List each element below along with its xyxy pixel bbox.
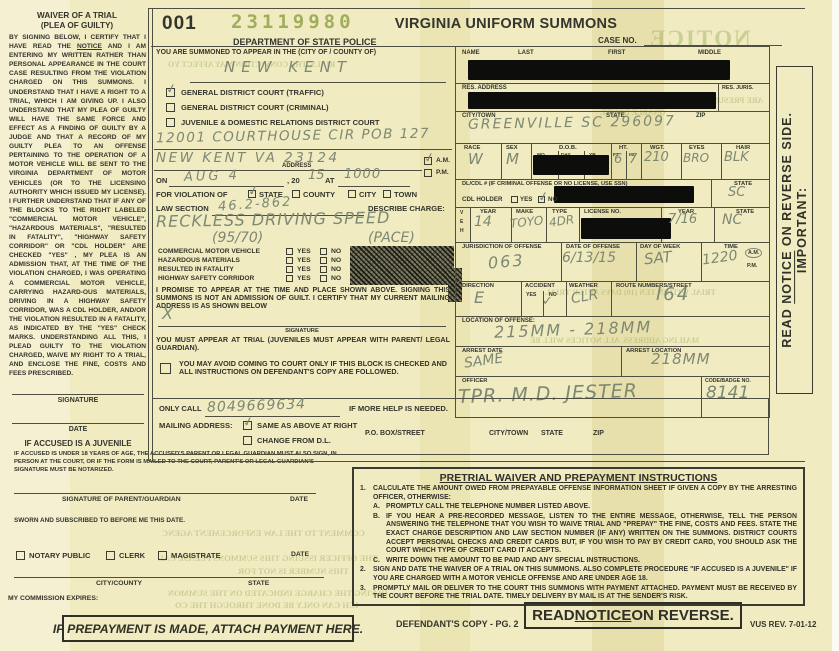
- summons-number-stamp: 23119980: [231, 11, 355, 33]
- pretrial-item-number: A.: [373, 503, 386, 512]
- pretrial-item-text: CALCULATE THE AMOUNT OWED FROM PREPAYABL…: [373, 485, 797, 502]
- flag-fatality-label: RESULTED IN FATALITY: [158, 266, 234, 273]
- reg-state-handwriting: NC: [722, 212, 742, 228]
- date-of-offense-handwriting: 6/13/15: [562, 250, 616, 266]
- flag-cmv-no-checkbox: [320, 248, 327, 255]
- height-ft-handwriting: 6: [614, 152, 622, 167]
- prepayment-banner: IF PREPAYMENT IS MADE, ATTACH PAYMENT HE…: [62, 615, 354, 642]
- ht-label: HT.: [619, 145, 628, 151]
- eyes-handwriting: BRO: [683, 151, 709, 165]
- flag-corridor-label: HIGHWAY SAFETY CORRIDOR: [158, 275, 254, 282]
- grid-line: [611, 143, 612, 179]
- waiver-body: BY SIGNING BELOW, I CERTIFY THAT I HAVE …: [9, 33, 146, 379]
- charge-handwriting-2: (95/70): [212, 230, 263, 246]
- grid-line: [626, 151, 627, 179]
- flag-fatality-yes-label: YES: [297, 266, 311, 273]
- pretrial-item-number: 2.: [360, 566, 373, 583]
- date-line: [12, 423, 144, 424]
- mail-state-label: STATE: [541, 430, 563, 437]
- grid-line: [621, 346, 622, 376]
- side-banner-important: IMPORTANT:: [795, 187, 809, 273]
- flag-hazmat-no-checkbox: [320, 257, 327, 264]
- more-help-label: IF MORE HELP IS NEEDED.: [349, 404, 448, 413]
- signature-line: [12, 394, 144, 395]
- court-name-handwriting: NEW KENT: [224, 58, 352, 76]
- flag-cmv-yes-label: YES: [297, 248, 311, 255]
- magistrate-checkbox: [158, 551, 167, 560]
- defendant-panel: NAME LAST FIRST MIDDLE RES. ADDRESS RES.…: [455, 46, 770, 418]
- court-address-handwriting-2: NEW KENT VA 23124: [156, 150, 340, 166]
- violation-city-label: CITY: [359, 190, 376, 199]
- grid-line: [718, 83, 719, 111]
- mail-city-label: CITY/TOWN: [489, 430, 528, 437]
- mail-zip-label: ZIP: [593, 430, 604, 437]
- redaction-license: [581, 218, 671, 239]
- flag-cmv-label: COMMERCIAL MOTOR VEHICLE: [158, 248, 260, 255]
- grid-line: [501, 143, 502, 179]
- appear-date-line: [169, 186, 284, 187]
- flag-hazmat-yes-label: YES: [297, 257, 311, 264]
- pretrial-item: B. IF YOU HEAR A PRE-RECORDED MESSAGE, L…: [373, 513, 797, 556]
- flag-cmv-no-label: NO: [331, 248, 341, 255]
- grid-line: [681, 143, 682, 179]
- name-label: NAME: [462, 50, 480, 56]
- sex-handwriting: M: [506, 150, 519, 168]
- clerk-label: CLERK: [119, 551, 145, 560]
- doc-number: 001: [162, 13, 197, 35]
- sworn-text: SWORN AND SUBSCRIBED TO BEFORE ME THIS D…: [14, 517, 185, 524]
- jurisdiction-label: JURISDICTION OF OFFENSE: [462, 244, 542, 250]
- grid-line: [521, 281, 522, 316]
- date-label: DATE: [12, 426, 144, 433]
- flag-hazmat-no-label: NO: [331, 257, 341, 264]
- court-name-line: [190, 82, 446, 83]
- pretrial-item: 3. PROMPTLY MAIL OR DELIVER TO THE COURT…: [360, 585, 797, 602]
- veh-label-h: H: [460, 228, 464, 234]
- violation-label: FOR VIOLATION OF: [156, 190, 228, 199]
- pretrial-item: 2. SIGN AND DATE THE WAIVER OF A TRIAL O…: [360, 566, 797, 583]
- violation-town-checkbox: [383, 190, 391, 198]
- flag-hazmat-label: HAZARDOUS MATERIALS: [158, 257, 240, 264]
- direction-handwriting: E: [474, 288, 484, 307]
- pretrial-item-number: C.: [373, 557, 386, 566]
- magistrate-label: MAGISTRATE: [171, 551, 221, 560]
- court-criminal-label: GENERAL DISTRICT COURT (CRIMINAL): [181, 103, 329, 112]
- height-in-handwriting: 7: [629, 152, 637, 167]
- on-label: ON: [156, 176, 167, 185]
- pretrial-item-number: 1.: [360, 485, 373, 502]
- court-juvenile-checkbox: [166, 118, 175, 127]
- weather-handwriting: CLR: [570, 287, 600, 307]
- waiver-body-post: AND I AM ENTERING MY WRITTEN RATHER THAN…: [9, 43, 146, 377]
- summoned-label: YOU ARE SUMMONED TO APPEAR IN THE (CITY …: [156, 49, 376, 56]
- read-notice-word: NOTICE: [575, 607, 632, 624]
- redaction-dob: [533, 155, 609, 175]
- same-as-above-checkbox: [243, 421, 252, 430]
- year-prefix-label: , 20: [287, 176, 300, 185]
- section-divider: [150, 461, 805, 462]
- city-handwriting: GREENVILLE SC 296097: [468, 113, 676, 133]
- flag-fatality-yes-checkbox: [286, 266, 293, 273]
- accident-label: ACCIDENT: [525, 283, 555, 289]
- violation-town-label: TOWN: [394, 190, 417, 199]
- prepayment-banner-text: IF PREPAYMENT IS MADE, ATTACH PAYMENT HE…: [53, 622, 363, 636]
- veh-year-handwriting: 14: [474, 214, 492, 230]
- scan-edge: [832, 0, 839, 651]
- veh-label-v: V: [460, 210, 463, 216]
- grid-line: [456, 376, 769, 377]
- city-county-line: [14, 577, 324, 578]
- pretrial-item: C. WRITE DOWN THE AMOUNT TO BE PAID AND …: [373, 557, 797, 566]
- dl-state-handwriting: SC: [728, 185, 745, 200]
- grid-line: [711, 179, 712, 207]
- address-label: ADDRESS: [282, 163, 311, 169]
- pm-checkbox: [424, 169, 432, 177]
- cdl-yes-checkbox: [511, 196, 518, 203]
- accident-yes-label: YES: [526, 292, 536, 298]
- court-criminal-checkbox: [166, 103, 175, 112]
- commission-label: MY COMMISSION EXPIRES:: [8, 595, 98, 602]
- juvenile-title: IF ACCUSED IS A JUVENILE: [8, 439, 148, 448]
- res-juris-label: RES. JURIS.: [722, 85, 753, 91]
- parent-date-label: DATE: [290, 496, 308, 503]
- read-notice-box: READ NOTICE ON REVERSE.: [524, 602, 742, 629]
- charge-handwriting-1: RECKLESS DRIVING SPEED: [156, 208, 391, 231]
- phone-line: [205, 416, 340, 417]
- grid-line: [456, 143, 769, 144]
- avoid-court-checkbox: [160, 363, 171, 374]
- side-banner-notice-word: NOTICE: [780, 251, 794, 304]
- flag-corridor-no-checkbox: [320, 275, 327, 282]
- make-handwriting: TOYO: [509, 213, 544, 230]
- at-label: AT: [325, 176, 335, 185]
- copy-label: DEFENDANT'S COPY - PG. 2: [396, 619, 519, 629]
- flag-fatality-no-checkbox: [320, 266, 327, 273]
- clerk-checkbox: [106, 551, 115, 560]
- pretrial-item-text: SIGN AND DATE THE WAIVER OF A TRIAL ON T…: [373, 566, 797, 583]
- defendant-signature-line: [158, 326, 446, 327]
- grid-line: [721, 143, 722, 179]
- avoid-court-text: YOU MAY AVOID COMING TO COURT ONLY IF TH…: [179, 360, 447, 376]
- grid-line: [456, 316, 769, 317]
- last-label: LAST: [518, 50, 534, 56]
- appear-year-handwriting: 15: [308, 168, 325, 183]
- pretrial-item-number: B.: [373, 513, 386, 556]
- city-county-label: CITY/COUNTY: [96, 580, 142, 587]
- form-top-border: [148, 8, 805, 9]
- jurisdiction-handwriting: 063: [487, 250, 525, 272]
- cdl-yes-label: YES: [520, 196, 532, 203]
- pretrial-item-number: 3.: [360, 585, 373, 602]
- license-no-label: LICENSE NO.: [584, 209, 621, 215]
- court-traffic-checkbox: [166, 88, 175, 97]
- side-banner: IMPORTANT: READ NOTICE ON REVERSE SIDE.: [776, 66, 813, 394]
- hair-handwriting: BLK: [724, 150, 749, 165]
- grid-line: [611, 281, 612, 316]
- zip-label: ZIP: [696, 113, 705, 119]
- time-pm-label: P.M.: [747, 263, 757, 269]
- mailing-strip: ONLY CALL 8049669634 IF MORE HELP IS NEE…: [152, 398, 769, 455]
- cdl-holder-label: CDL HOLDER: [462, 196, 502, 203]
- bleedthrough-text: ICH CAN ONLY BE DONE THROUGH THE CO: [175, 600, 359, 610]
- flag-cmv-yes-checkbox: [286, 248, 293, 255]
- veh-label-e: E: [460, 219, 463, 225]
- flag-corridor-yes-label: YES: [297, 275, 311, 282]
- summons-document: NOTICE RIALS, THE CONVICTION MAY AFFECT …: [0, 0, 839, 651]
- court-appearance-section: YOU ARE SUMMONED TO APPEAR IN THE (CITY …: [152, 46, 455, 398]
- mailing-address-label: MAILING ADDRESS:: [159, 421, 233, 430]
- grid-line: [641, 143, 642, 179]
- bleedthrough-text: COMMENT TO THE LAW ENFORCEMENT AGENC: [162, 528, 365, 538]
- grid-line: [456, 281, 769, 282]
- grid-line: [456, 242, 769, 243]
- notary-checkbox: [16, 551, 25, 560]
- type-handwriting: 4DR: [548, 212, 575, 229]
- appear-time-handwriting: 1000: [344, 167, 381, 182]
- pretrial-item-text: WRITE DOWN THE AMOUNT TO BE PAID AND ANY…: [386, 557, 797, 566]
- court-traffic-label: GENERAL DISTRICT COURT (TRAFFIC): [181, 88, 324, 97]
- form-title: VIRGINIA UNIFORM SUMMONS: [356, 16, 656, 32]
- phone-handwriting: 8049669634: [207, 396, 307, 415]
- violation-city-checkbox: [348, 190, 356, 198]
- accident-check-handwriting: ✓: [542, 294, 553, 309]
- court-address-handwriting-1: 12001 COURTHOUSE CIR POB 127: [156, 126, 430, 147]
- waiver-title-line1: WAIVER OF A TRIAL: [8, 11, 146, 20]
- am-label: A.M.: [436, 157, 450, 164]
- dob-label: D.O.B.: [559, 145, 577, 151]
- pretrial-title: PRETRIAL WAIVER AND PREPAYMENT INSTRUCTI…: [360, 472, 797, 484]
- parent-signature-line: [14, 493, 316, 494]
- only-call-label: ONLY CALL: [159, 404, 202, 413]
- pretrial-item: 1. CALCULATE THE AMOUNT OWED FROM PREPAY…: [360, 485, 797, 502]
- side-banner-read-notice: READ NOTICE ON REVERSE SIDE.: [780, 112, 794, 348]
- shaded-area: [350, 246, 454, 285]
- pretrial-item-text: IF YOU HEAR A PRE-RECORDED MESSAGE, LIST…: [386, 513, 797, 556]
- violation-county-checkbox: [292, 190, 300, 198]
- grid-line: [636, 242, 637, 281]
- arrest-location-handwriting: 218MM: [651, 350, 711, 368]
- day-of-week-handwriting: SAT: [643, 248, 673, 269]
- race-handwriting: W: [468, 150, 483, 168]
- pretrial-item-text: PROMPTLY MAIL OR DELIVER TO THE COURT TH…: [373, 585, 797, 602]
- grid-line: [531, 143, 532, 179]
- location-handwriting: 215MM - 218MM: [494, 317, 653, 342]
- side-banner-read-pre: READ: [780, 304, 794, 348]
- reg-year-handwriting: 7/16: [668, 212, 697, 227]
- waiver-notice-word: NOTICE: [77, 43, 102, 50]
- pretrial-item: A. PROMPTLY CALL THE TELEPHONE NUMBER LI…: [373, 503, 797, 512]
- grid-line: [579, 207, 580, 242]
- charge-handwriting-3: (PACE): [368, 230, 415, 246]
- grid-line: [456, 111, 769, 112]
- am-checkbox: [424, 157, 432, 165]
- pretrial-instructions-box: PRETRIAL WAIVER AND PREPAYMENT INSTRUCTI…: [352, 467, 805, 606]
- appear-time-line: [338, 186, 410, 187]
- waiver-title-line2: (PLEA OF GUILTY): [8, 21, 146, 30]
- route-handwriting: I64: [656, 284, 690, 305]
- flag-corridor-no-label: NO: [331, 275, 341, 282]
- redaction-name: [468, 60, 730, 80]
- notary-date-label: DATE: [291, 551, 309, 558]
- grid-line: [456, 83, 769, 84]
- grid-line: [714, 207, 715, 242]
- form-left-border: [148, 8, 149, 461]
- case-no-label: CASE NO.: [598, 36, 637, 45]
- flag-hazmat-yes-checkbox: [286, 257, 293, 264]
- grid-line: [566, 281, 567, 316]
- bleedthrough-text: THIS NUMBER IS NOT FOR: [238, 566, 349, 576]
- first-label: FIRST: [608, 50, 625, 56]
- revision-label: VUS REV. 7-01-12: [750, 620, 816, 629]
- redaction-dl: [554, 186, 694, 203]
- change-from-dl-label: CHANGE FROM D.L.: [257, 436, 331, 445]
- promise-text: I PROMISE TO APPEAR AT THE TIME AND PLAC…: [156, 287, 450, 311]
- weight-handwriting: 210: [644, 150, 669, 165]
- must-appear-text: YOU MUST APPEAR AT TRIAL (JUVENILES MUST…: [156, 336, 450, 352]
- flag-fatality-no-label: NO: [331, 266, 341, 273]
- violation-county-label: COUNTY: [303, 190, 335, 199]
- notary-state-label: STATE: [248, 580, 269, 587]
- read-notice-post: ON REVERSE.: [631, 607, 734, 624]
- appear-date-handwriting: AUG 4: [184, 168, 240, 185]
- officer-label: OFFICER: [462, 378, 487, 384]
- time-am-label: A.M.: [745, 248, 762, 258]
- time-handwriting: 1220: [701, 248, 739, 269]
- middle-label: MIDDLE: [698, 50, 721, 56]
- pm-label: P.M.: [436, 169, 449, 176]
- notary-label: NOTARY PUBLIC: [29, 551, 90, 560]
- cdl-no-checkbox: [538, 196, 545, 203]
- po-box-label: P.O. BOX/STREET: [365, 430, 425, 437]
- same-as-above-label: SAME AS ABOVE AT RIGHT: [257, 421, 357, 430]
- grid-line: [456, 207, 769, 208]
- grid-line: [456, 346, 769, 347]
- court-juvenile-label: JUVENILE & DOMESTIC RELATIONS DISTRICT C…: [181, 118, 380, 127]
- defendant-signature-x: X: [162, 304, 173, 323]
- grid-line: [456, 179, 769, 180]
- redaction-address: [468, 92, 716, 109]
- parent-signature-label: SIGNATURE OF PARENT/GUARDIAN: [62, 496, 181, 503]
- grid-line: [546, 207, 547, 242]
- defendant-signature-label: SIGNATURE: [262, 328, 342, 334]
- read-notice-pre: READ: [532, 607, 575, 624]
- signature-label: SIGNATURE: [12, 397, 144, 404]
- res-address-label: RES. ADDRESS: [462, 85, 507, 91]
- grid-line: [470, 207, 471, 242]
- change-from-dl-checkbox: [243, 436, 252, 445]
- cdl-no-label: NO: [548, 196, 557, 203]
- pretrial-item-text: PROMPTLY CALL THE TELEPHONE NUMBER LISTE…: [386, 503, 797, 512]
- side-banner-read-post: ON REVERSE SIDE.: [780, 112, 794, 251]
- flag-corridor-yes-checkbox: [286, 275, 293, 282]
